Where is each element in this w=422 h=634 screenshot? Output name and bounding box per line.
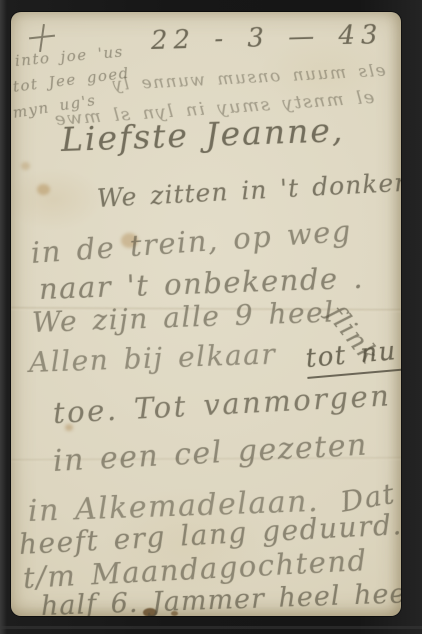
letter-line: Allen bij elkaar xyxy=(28,337,276,379)
underlined-phrase: tot nu xyxy=(304,334,401,379)
backdrop-seam xyxy=(0,626,422,629)
paper-stain xyxy=(37,184,50,195)
letter-line: in de trein, op weg xyxy=(30,214,353,270)
letter-line: We zitten in 't donker xyxy=(96,168,401,213)
letter-line: in een cel gezeten xyxy=(52,428,369,479)
letter-card: into joe 'us tot Jee goed myn ug's els m… xyxy=(11,12,401,616)
letter-line: toe. Tot vanmorgen xyxy=(52,378,392,430)
letter-date: 22 - 3 — 43 xyxy=(151,20,384,56)
paper-stain xyxy=(21,162,30,170)
scan-background: into joe 'us tot Jee goed myn ug's els m… xyxy=(0,0,422,634)
